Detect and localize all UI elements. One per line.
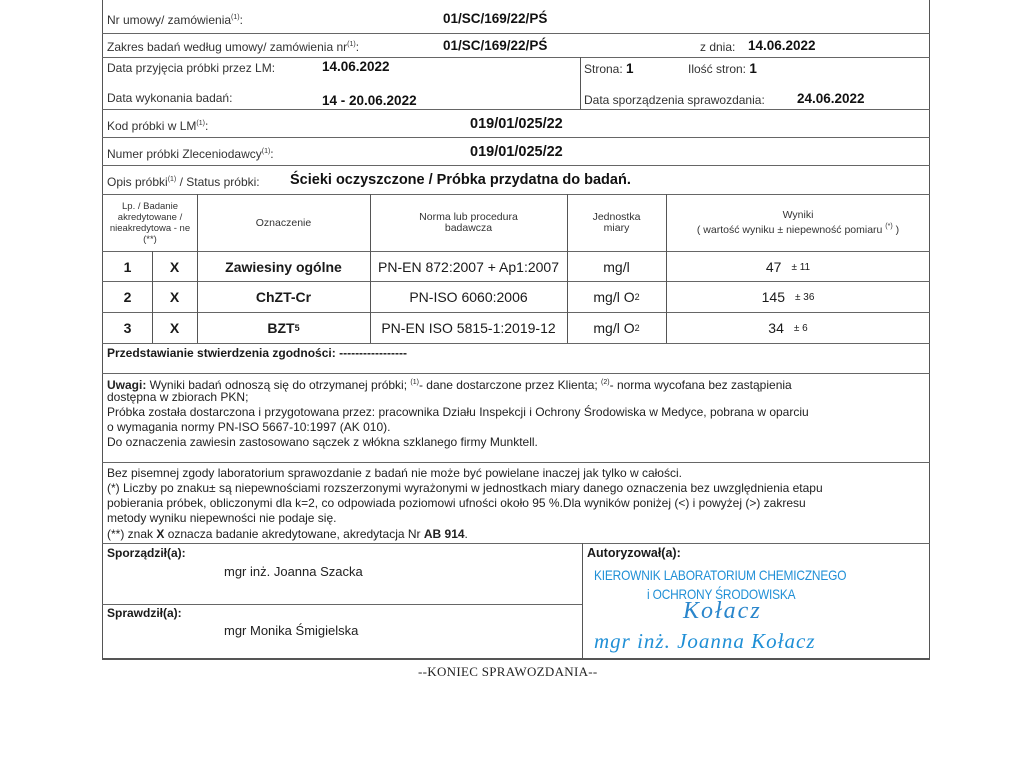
description-value: Ścieki oczyszczone / Próbka przydatna do… [290, 172, 631, 188]
row-lp: 1 [104, 252, 151, 282]
report-date-label: Data sporządzenia sprawozdania: [584, 93, 765, 107]
row-result: 145± 36 [667, 282, 929, 312]
row-designation: BZT5 [198, 313, 369, 343]
divider [102, 543, 930, 544]
scope-date-value: 14.06.2022 [748, 38, 816, 53]
checked-label: Sprawdził(a): [107, 606, 182, 620]
end-of-report: --KONIEC SPRAWOZDANIA-- [418, 664, 598, 680]
tested-value: 14 - 20.06.2022 [322, 93, 417, 108]
prepared-label: Sporządził(a): [107, 546, 186, 560]
row-lp: 3 [104, 313, 151, 343]
client-no-label: Numer próbki Zleceniodawcy(1): [107, 147, 274, 161]
prepared-name: mgr inż. Joanna Szacka [224, 564, 363, 579]
checked-name: mgr Monika Śmigielska [224, 623, 358, 638]
disclaimer-line-1: Bez pisemnej zgody laboratorium sprawozd… [107, 466, 682, 481]
row-norm: PN-ISO 6060:2006 [371, 282, 566, 312]
pages-label: Ilość stron: 1 [688, 61, 757, 76]
contract-label: Nr umowy/ zamówienia(1): [107, 13, 243, 27]
divider [102, 137, 930, 138]
divider [102, 33, 930, 34]
row-accredited-mark: X [153, 252, 196, 282]
disclaimer-line-3: pobierania próbek, obliczonymi dla k=2, … [107, 496, 806, 511]
received-label: Data przyjęcia próbki przez LM: [107, 61, 275, 75]
col-header-norm: Norma lub procedura badawcza [371, 196, 566, 250]
lab-code-value: 019/01/025/22 [470, 116, 563, 132]
divider [102, 165, 930, 166]
stamp-name: mgr inż. Joanna Kołacz [594, 629, 816, 654]
remarks-line-2: dostępna w zbiorach PKN; [107, 390, 248, 405]
conformity-statement: Przedstawianie stwierdzenia zgodności: -… [107, 346, 407, 360]
row-accredited-mark: X [153, 282, 196, 312]
scope-value: 01/SC/169/22/PŚ [443, 38, 547, 53]
remarks-line-3: Próbka została dostarczona i przygotowan… [107, 405, 809, 420]
disclaimer-line-5: (**) znak X oznacza badanie akredytowane… [107, 527, 468, 542]
col-header-unit: Jednostka miary [568, 196, 665, 250]
divider [102, 604, 582, 605]
row-norm: PN-EN ISO 5815-1:2019-12 [371, 313, 566, 343]
stamp-line-1: KIEROWNIK LABORATORIUM CHEMICZNEGO [594, 567, 846, 583]
remarks-line-5: Do oznaczenia zawiesin zastosowano sącze… [107, 435, 538, 450]
row-norm: PN-EN 872:2007 + Ap1:2007 [371, 252, 566, 282]
handwritten-signature: Kołacz [683, 598, 762, 625]
authorized-label: Autoryzował(a): [587, 546, 681, 560]
disclaimer-line-2: (*) Liczby po znaku± są niepewnościami r… [107, 481, 823, 496]
row-unit: mg/l [568, 252, 665, 282]
remarks-line-4: o wymagania normy PN-ISO 5667-10:1997 (A… [107, 420, 390, 435]
divider [102, 462, 930, 463]
divider [102, 109, 930, 110]
row-lp: 2 [104, 282, 151, 312]
row-unit: mg/l O2 [568, 313, 665, 343]
divider [582, 543, 583, 660]
row-result: 47± 11 [667, 252, 929, 282]
lab-code-label: Kod próbki w LM(1): [107, 119, 208, 133]
tested-label: Data wykonania badań: [107, 91, 232, 105]
row-result: 34± 6 [667, 313, 929, 343]
client-no-value: 019/01/025/22 [470, 144, 563, 160]
scope-date-label: z dnia: [700, 40, 735, 54]
row-accredited-mark: X [153, 313, 196, 343]
col-header-results: Wyniki ( wartość wyniku ± niepewność pom… [667, 196, 929, 250]
divider [102, 194, 930, 195]
divider [102, 343, 930, 344]
divider [102, 373, 930, 374]
row-unit: mg/l O2 [568, 282, 665, 312]
contract-value: 01/SC/169/22/PŚ [443, 11, 547, 26]
scope-label: Zakres badań według umowy/ zamówienia nr… [107, 40, 359, 54]
report-date-value: 24.06.2022 [797, 91, 865, 106]
description-label: Opis próbki(1) / Status próbki: [107, 175, 260, 189]
col-header-lp: Lp. / Badanie akredytowane / nieakredyto… [104, 196, 196, 250]
divider [580, 57, 581, 109]
disclaimer-line-4: metody wyniku niepewności nie podaje się… [107, 511, 336, 526]
divider [102, 57, 930, 58]
row-designation: Zawiesiny ogólne [198, 252, 369, 282]
received-value: 14.06.2022 [322, 59, 390, 74]
page-label: Strona: 1 [584, 61, 634, 76]
row-designation: ChZT-Cr [198, 282, 369, 312]
col-header-designation: Oznaczenie [198, 196, 369, 250]
